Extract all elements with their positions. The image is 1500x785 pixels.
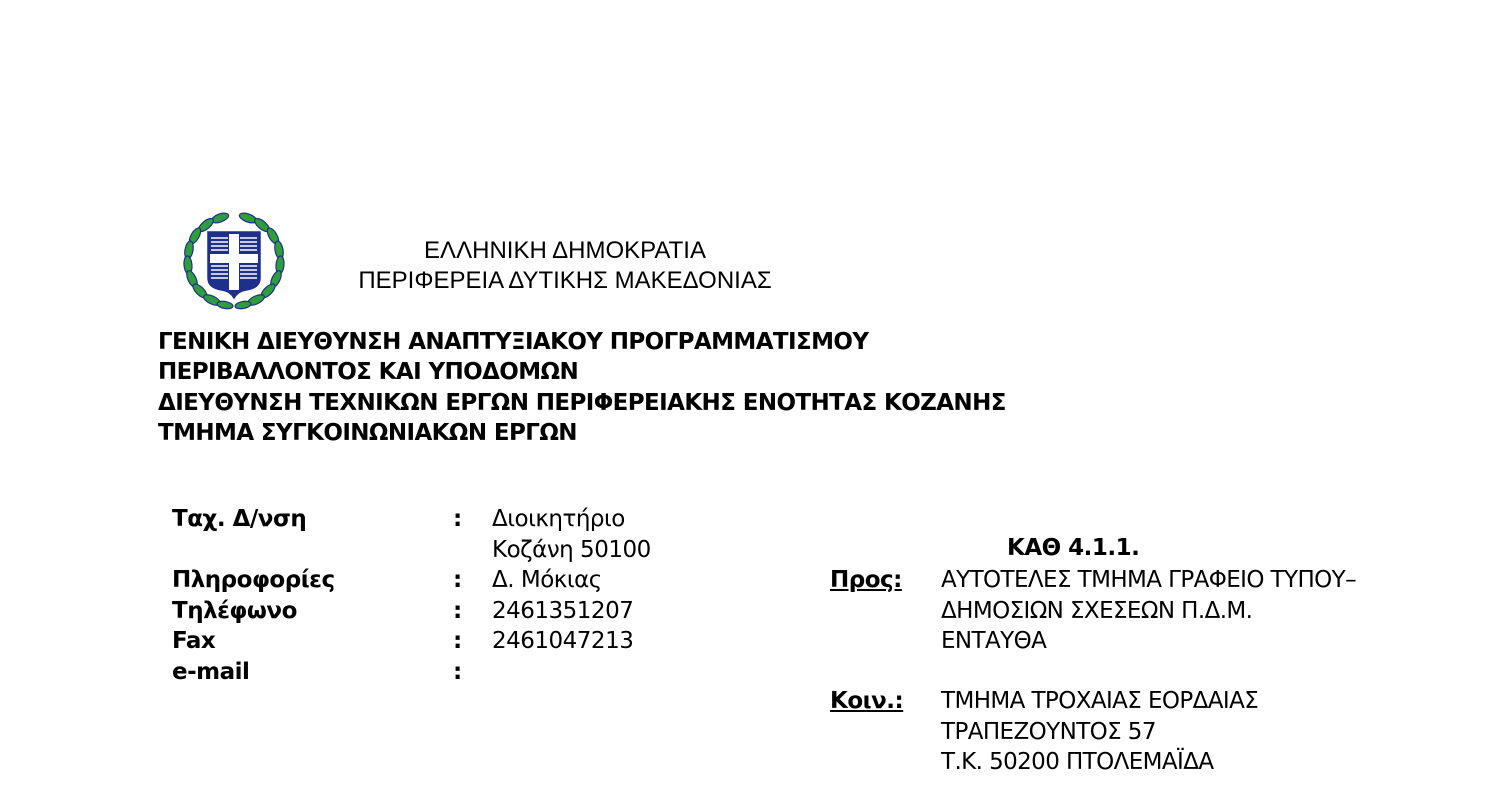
region-name: ΠΕΡΙΦΕΡΕΙΑ ΔΥΤΙΚΗΣ ΜΑΚΕΔΟΝΙΑΣ: [330, 266, 800, 296]
contact-colon: :: [453, 565, 462, 596]
directorate-line: ΠΕΡΙΒΑΛΛΟΝΤΟΣ ΚΑΙ ΥΠΟΔΟΜΩΝ: [158, 357, 1006, 387]
directorate-line: ΓΕΝΙΚΗ ΔΙΕΥΘΥΝΣΗ ΑΝΑΠΤΥΞΙΑΚΟΥ ΠΡΟΓΡΑΜΜΑΤ…: [158, 327, 1006, 357]
directorate-line: ΤΜΗΜΑ ΣΥΓΚΟΙΝΩΝΙΑΚΩΝ ΕΡΓΩΝ: [158, 418, 1006, 448]
address-line: ΔΗΜΟΣΙΩΝ ΣΧΕΣΕΩΝ Π.Δ.Μ.: [941, 596, 1356, 627]
greek-coat-of-arms-icon: [180, 208, 288, 314]
contact-label: Fax: [172, 626, 215, 657]
address-line: ΤΡΑΠΕΖΟΥΝΤΟΣ 57: [941, 717, 1258, 748]
recipient-cc-address: ΤΜΗΜΑ ΤΡΟΧΑΙΑΣ ΕΟΡΔΑΙΑΣ ΤΡΑΠΕΖΟΥΝΤΟΣ 57 …: [941, 686, 1258, 778]
directorate-line: ΔΙΕΥΘΥΝΣΗ ΤΕΧΝΙΚΩΝ ΕΡΓΩΝ ΠΕΡΙΦΕΡΕΙΑΚΗΣ Ε…: [158, 388, 1006, 418]
contact-label: Τηλέφωνο: [172, 596, 297, 627]
contact-value: Δ. Μόκιας: [492, 565, 602, 596]
contact-colon: :: [453, 626, 462, 657]
address-line: ΕΝΤΑΥΘΑ: [941, 626, 1356, 657]
contact-colon: :: [453, 596, 462, 627]
contact-label: Ταχ. Δ/νση: [172, 504, 306, 535]
recipient-cc-label: Κοιν.:: [830, 686, 903, 717]
recipient-to-address: ΑΥΤΟΤΕΛΕΣ ΤΜΗΜΑ ΓΡΑΦΕΙΟ ΤΥΠΟΥ– ΔΗΜΟΣΙΩΝ …: [941, 565, 1356, 657]
address-line: ΑΥΤΟΤΕΛΕΣ ΤΜΗΜΑ ΓΡΑΦΕΙΟ ΤΥΠΟΥ–: [941, 565, 1356, 596]
contact-value: 2461351207: [492, 596, 633, 627]
contact-colon: :: [453, 504, 462, 535]
contact-label: Πληροφορίες: [172, 565, 335, 596]
contact-value: Κοζάνη 50100: [492, 535, 651, 566]
address-line: Τ.Κ. 50200 ΠΤΟΛΕΜΑΪΔΑ: [941, 747, 1258, 778]
recipient-to-label: Προς:: [830, 565, 902, 596]
issuer-heading: ΕΛΛΗΝΙΚΗ ΔΗΜΟΚΡΑΤΙΑ ΠΕΡΙΦΕΡΕΙΑ ΔΥΤΙΚΗΣ Μ…: [330, 236, 800, 296]
address-line: ΤΜΗΜΑ ΤΡΟΧΑΙΑΣ ΕΟΡΔΑΙΑΣ: [941, 686, 1258, 717]
contact-value: 2461047213: [492, 626, 633, 657]
contact-colon: :: [453, 657, 462, 688]
contact-value: Διοικητήριο: [492, 504, 625, 535]
reference-code: ΚΑΘ 4.1.1.: [1007, 535, 1139, 561]
republic-name: ΕΛΛΗΝΙΚΗ ΔΗΜΟΚΡΑΤΙΑ: [330, 236, 800, 266]
contact-label: e-mail: [172, 657, 249, 688]
directorate-block: ΓΕΝΙΚΗ ΔΙΕΥΘΥΝΣΗ ΑΝΑΠΤΥΞΙΑΚΟΥ ΠΡΟΓΡΑΜΜΑΤ…: [158, 327, 1006, 448]
